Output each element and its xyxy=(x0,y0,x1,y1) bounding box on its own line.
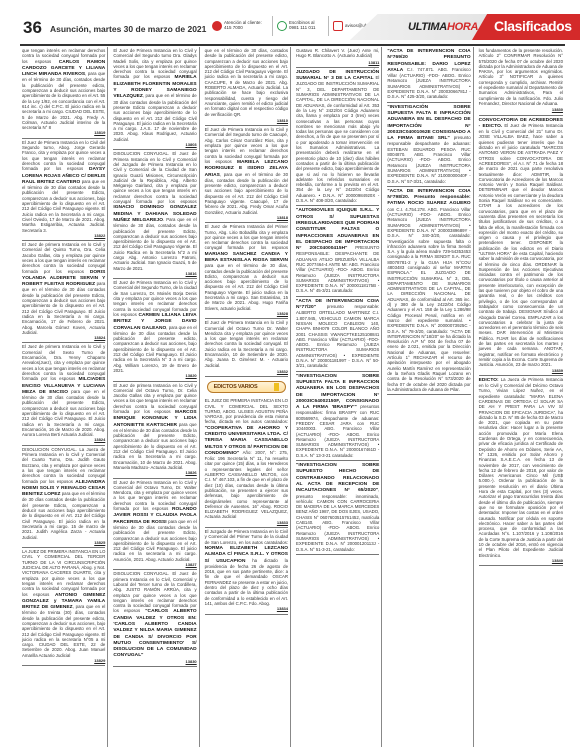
ad-code: 13830 xyxy=(113,659,196,664)
edictos-varios-label: EDICTOS VARIOS xyxy=(214,385,258,390)
ad-text: El Juez de Primera Instancia del Primer … xyxy=(205,224,288,250)
ad-text: La Jueza de Primera Instancia en lo Civi… xyxy=(479,377,563,558)
ad-text: ha dictado la providencia de fecha 26 de… xyxy=(205,558,288,606)
classified-ad: El Juez de primera Instancia en lo Civil… xyxy=(22,343,105,445)
ad-text: El Juez de Primera Instancia en lo Civil… xyxy=(113,280,196,317)
ad-text: presunto responsable despachante de adua… xyxy=(387,135,470,183)
ad-text: El Juez de Primera Instancia en lo Civil… xyxy=(205,320,288,367)
ad-text: , presunto responsable: innominado, vehí… xyxy=(296,487,379,551)
ad-code: 13816 xyxy=(113,271,196,276)
classified-ad: que tengan interés en reclamar derechos … xyxy=(22,47,105,139)
classified-ad: que en el término de 30 días, contados d… xyxy=(205,47,288,126)
contact-value: 415 7000 xyxy=(224,25,243,30)
ad-code: 13828 xyxy=(205,311,288,316)
ad-code: 13810 xyxy=(205,118,288,123)
ad-text: para que en el término de 30 días contad… xyxy=(22,281,105,335)
ad-text: para que en el término de 30 días contad… xyxy=(22,491,105,539)
classified-ad: "INVESTIGACIÓN SOBRE SUPUESTA FALTA E IN… xyxy=(387,103,470,187)
column-4: Gustavo R. Chilavert V. (Juez) Ante mi, … xyxy=(294,47,382,747)
ad-code: 13840 xyxy=(479,558,563,563)
ad-text: DISOLUCION CONYUGAL. El Juez de primera … xyxy=(113,571,196,613)
ad-code: 13830 xyxy=(479,107,563,112)
classified-ad: CONVOCATORIA DE ACREEDORES - EDICTO. El … xyxy=(479,116,563,376)
ad-text: para que en el término de 30 días contad… xyxy=(113,422,196,470)
classified-ad: El Juez de Primera Instancia en lo Civil… xyxy=(113,479,196,571)
ad-text: LA JUEZ DE PRIMERA INSTANCIA EN LO CIVIL… xyxy=(22,549,105,596)
ad-text: El Juzgado de Primera Instancia en lo Ci… xyxy=(205,529,288,545)
ad-parties: "ACTA DE INTERVENCION COIA N°798/20. Pre… xyxy=(387,189,470,207)
classified-ad: LA JUEZ DE PRIMERA INSTANCIA EN LO CIVIL… xyxy=(22,548,105,666)
ad-parties: "CARLOS ALBERTO CANDIA VALDEZ Y OTROS EN… xyxy=(113,609,196,658)
ad-parties: EDICTO: xyxy=(479,378,499,383)
classified-ad: El Juez de primera Instancia en lo Civil… xyxy=(113,382,196,479)
ad-code: 13834 xyxy=(205,606,288,611)
ad-text: los fundamentos de la presente resolució… xyxy=(479,48,563,106)
ad-text: El Juez de primera Instancia en lo Civil… xyxy=(22,344,105,381)
ad-text: , para que en el término de 30 días, con… xyxy=(205,172,288,215)
classified-ad: "ACTA DE INTERVENCION COIA N°77/20" pres… xyxy=(296,297,379,372)
classified-ad: DISOLUCION CONYUGAL. La Jueza de Primera… xyxy=(22,446,105,548)
ad-text: Año: 2007, N°: 275, Folio: 196 Secretarí… xyxy=(205,450,288,520)
classified-ad: los fundamentos de la presente resolució… xyxy=(479,47,563,116)
page-date: Asunción, martes 30 de marzo de 2021 xyxy=(50,24,206,34)
ad-code: 13832 xyxy=(205,369,288,374)
ad-code: 13811 xyxy=(296,60,379,65)
column-1: que tengan interés en reclamar derechos … xyxy=(20,47,108,747)
ad-text: PRESUNTO RESPONSABLE: DESPACHANTE DE ADU… xyxy=(296,245,379,293)
ad-text: DISOLUCION CONYUGAL. La Jueza de Primera… xyxy=(22,447,105,484)
ad-code: 13822 xyxy=(22,233,105,238)
classified-ad: El Juez de Primera Instancia en lo Civil… xyxy=(113,47,196,150)
column-3: que en el término de 30 días, contados d… xyxy=(203,47,291,747)
ad-code: 13833 xyxy=(205,520,288,525)
classified-ad: "INVESTIGACION SOBRE SUPUESTA FALTA E IN… xyxy=(296,372,379,461)
ad-text: para que en el término de 30 días contad… xyxy=(22,179,105,233)
whatsapp-icon xyxy=(277,21,287,31)
ad-code: 13820 xyxy=(113,373,196,378)
contact-phone: Atención al cliente:415 7000 xyxy=(212,16,262,36)
ad-code: 13824 xyxy=(22,437,105,442)
ad-text: El Juez de Primera Instancia en lo Civil… xyxy=(205,127,288,164)
ad-text: El JUZGADO DE INSTRUCCIÓN SUMARIAL N° 3,… xyxy=(296,75,379,203)
classified-ad: EL JUEZ DE PRIMERA INSTANCIA EN LO CIVIL… xyxy=(205,397,288,528)
ad-text: , para que en el término de treinta (30)… xyxy=(22,604,105,658)
ad-text: para que en el término de 30 días, conta… xyxy=(205,263,288,310)
page-header: 36 Asunción, martes 30 de marzo de 2021 … xyxy=(0,0,580,40)
ad-code: 13839 xyxy=(479,368,563,373)
ad-text: El Juez de Primera Instancia en lo Civil… xyxy=(479,123,563,367)
column-5: "ACTA DE INTERVENCION COIA N°769/20 PRES… xyxy=(385,47,473,747)
classifieds-columns: que tengan interés en reclamar derechos … xyxy=(20,47,565,747)
ad-code: 13825 xyxy=(22,540,105,545)
classified-ad: DISOLUCION CONYUGAL. El Juez de primera … xyxy=(113,570,196,667)
classified-ad: El Juzgado de Primera Instancia en lo Ci… xyxy=(205,528,288,614)
section-title: Clasificados xyxy=(472,14,580,40)
brand-primary: ULTIMA xyxy=(408,21,447,33)
contact-whatsapp: Escribinos al0981 111 011 xyxy=(272,16,316,36)
ad-text: para que en el término de 30 días contad… xyxy=(113,519,196,562)
ad-code: 13826 xyxy=(113,470,196,475)
classified-ad: "INVESTIGACION SOBRE SUPUESTO HECHO DE C… xyxy=(296,461,379,555)
ad-text: EL JUEZ DE PRIMERA INSTANCIA EN LO CIVIL… xyxy=(205,398,288,424)
ad-text: con C.I. 4.754.278. ABG. Francisco Villa… xyxy=(387,207,470,392)
ad-text: DISOLUCION CONYUGAL. El Juez de Primera … xyxy=(113,151,196,204)
classified-ad: EDICTO: La Jueza de Primera Instancia en… xyxy=(479,376,563,566)
ad-text: , para que en el término de 30 días cont… xyxy=(113,325,196,373)
contact-value: 0981 111 011 xyxy=(289,25,316,30)
ad-text: presuntos responsables: firma BRASPY con… xyxy=(296,404,379,458)
ad-parties: MARIANO SANCHEZ CANDIA Y BERA ESTANISLAA… xyxy=(205,252,288,263)
classified-ad: "ACTA DE INTERVENCION COIA N°798/20. Pre… xyxy=(387,187,470,395)
classified-ad: El Juez de Primera Instancia en lo Civil… xyxy=(205,126,288,223)
classified-ad: "AUTOMOVILES IQUIQUE S.R.L. Y OTROS S/ S… xyxy=(296,206,379,296)
ad-code: 13827 xyxy=(113,562,196,567)
classified-ad: El Juez de Primera Instancia en lo Civil… xyxy=(22,139,105,241)
classified-ad: "ACTA DE INTERVENCION COIA N°769/20 PRES… xyxy=(387,47,470,103)
edictos-varios-banner: EDICTOS VARIOS xyxy=(207,381,286,393)
ad-code: 13824 xyxy=(22,335,105,340)
classified-ad: El Juez de primera Instancia en lo Civil… xyxy=(22,241,105,343)
brand-logo: ULTIMAHORA xyxy=(408,21,478,33)
ad-code: 13829 xyxy=(22,658,105,663)
classified-ad: El Juez de Primera Instancia del Primer … xyxy=(205,223,288,319)
ad-text: . Para que en el término de 30 días, con… xyxy=(113,217,196,271)
ad-text: que en el término de 30 días, contados d… xyxy=(205,48,288,117)
ad-text: para que en el término de 30 días contad… xyxy=(22,389,105,437)
column-2: El Juez de Primera Instancia en lo Civil… xyxy=(111,47,199,747)
classified-ad: Gustavo R. Chilavert V. (Juez) Ante mi, … xyxy=(296,47,379,68)
classified-ad: El Juez de Primera Instancia en lo Civil… xyxy=(113,279,196,381)
ad-code: 13803 xyxy=(113,142,196,147)
classified-ad: El Juez de Primera Instancia en lo Civil… xyxy=(205,319,288,377)
ad-text: , para que en el término de 30 días cont… xyxy=(113,93,196,141)
classified-ad: JUZGADO DE INSTRUCCIÓN SUMARIAL N° 3 DE … xyxy=(296,68,379,206)
classified-ad: DISOLUCION CONYUGAL. El Juez de Primera … xyxy=(113,150,196,279)
ad-code: 13819 xyxy=(22,130,105,135)
ad-parties: JUZGADO DE INSTRUCCIÓN SUMARIAL N° 3 DE … xyxy=(296,70,379,81)
ad-code: 13818 xyxy=(205,215,288,220)
ad-text: presunto responsable: ALBERTO ORTELLADO … xyxy=(296,304,379,368)
header-rule xyxy=(20,44,565,46)
document-icon xyxy=(274,383,279,391)
brand-secondary: HORA xyxy=(447,21,478,33)
phone-icon xyxy=(212,21,222,31)
ad-text: Gustavo R. Chilavert V. (Juez) Ante mi, … xyxy=(296,48,379,58)
ad-text: , para que en el término de 30 días, con… xyxy=(22,71,105,130)
page-number: 36 xyxy=(23,18,42,38)
column-6: los fundamentos de la presente resolució… xyxy=(477,47,565,747)
ad-parties: "INVESTIGACION SOBRE SUPUESTO HECHO DE C… xyxy=(296,463,379,493)
email-icon xyxy=(333,21,343,31)
